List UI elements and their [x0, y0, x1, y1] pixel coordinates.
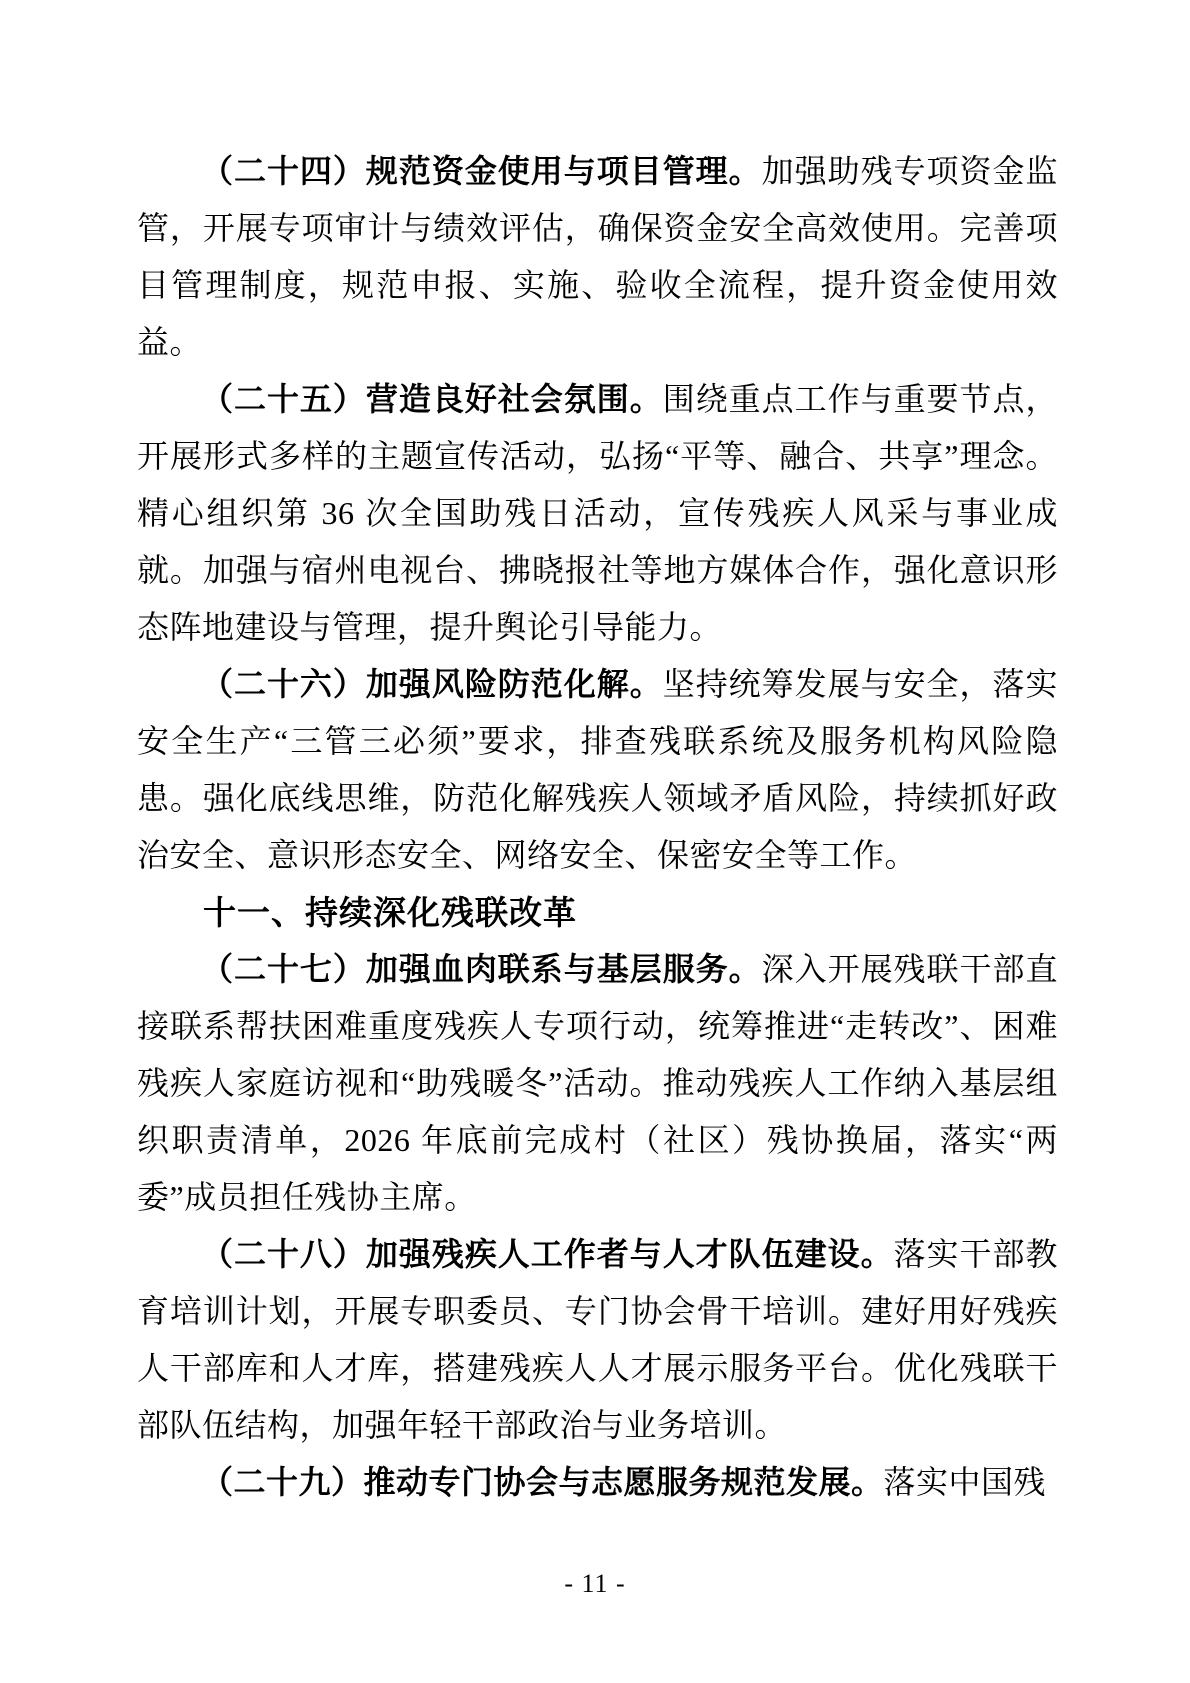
paragraph-lead: （二十七）加强血肉联系与基层服务。 — [201, 951, 762, 987]
section-heading: 十一、持续深化残联改革 — [137, 884, 1058, 941]
paragraph-item: （二十七）加强血肉联系与基层服务。深入开展残联干部直接联系帮扶困难重度残疾人专项… — [137, 941, 1058, 1226]
document-body: （二十四）规范资金使用与项目管理。加强助残专项资金监管，开展专项审计与绩效评估，… — [137, 143, 1058, 1511]
paragraph-body: 落实中国残 — [884, 1464, 1047, 1500]
paragraph-item: （二十六）加强风险防范化解。坚持统筹发展与安全，落实安全生产“三管三必须”要求，… — [137, 656, 1058, 884]
document-page: （二十四）规范资金使用与项目管理。加强助残专项资金监管，开展专项审计与绩效评估，… — [0, 0, 1190, 1683]
paragraph-item: （二十四）规范资金使用与项目管理。加强助残专项资金监管，开展专项审计与绩效评估，… — [137, 143, 1058, 371]
paragraph-body: 深入开展残联干部直接联系帮扶困难重度残疾人专项行动，统筹推进“走转改”、困难残疾… — [137, 951, 1058, 1215]
page-number: - 11 - — [0, 1568, 1190, 1600]
paragraph-lead: （二十六）加强风险防范化解。 — [201, 666, 663, 702]
paragraph-item: （二十八）加强残疾人工作者与人才队伍建设。落实干部教育培训计划，开展专职委员、专… — [137, 1226, 1058, 1454]
paragraph-lead: （二十五）营造良好社会氛围。 — [201, 381, 663, 417]
paragraph-item: （二十五）营造良好社会氛围。围绕重点工作与重要节点，开展形式多样的主题宣传活动，… — [137, 371, 1058, 656]
paragraph-lead: （二十九）推动专门协会与志愿服务规范发展。 — [201, 1464, 884, 1500]
paragraph-body: 围绕重点工作与重要节点，开展形式多样的主题宣传活动，弘扬“平等、融合、共享”理念… — [137, 381, 1058, 645]
paragraph-item: （二十九）推动专门协会与志愿服务规范发展。落实中国残 — [137, 1454, 1058, 1511]
paragraph-lead: （二十四）规范资金使用与项目管理。 — [201, 153, 762, 189]
paragraph-lead: （二十八）加强残疾人工作者与人才队伍建设。 — [201, 1236, 894, 1272]
